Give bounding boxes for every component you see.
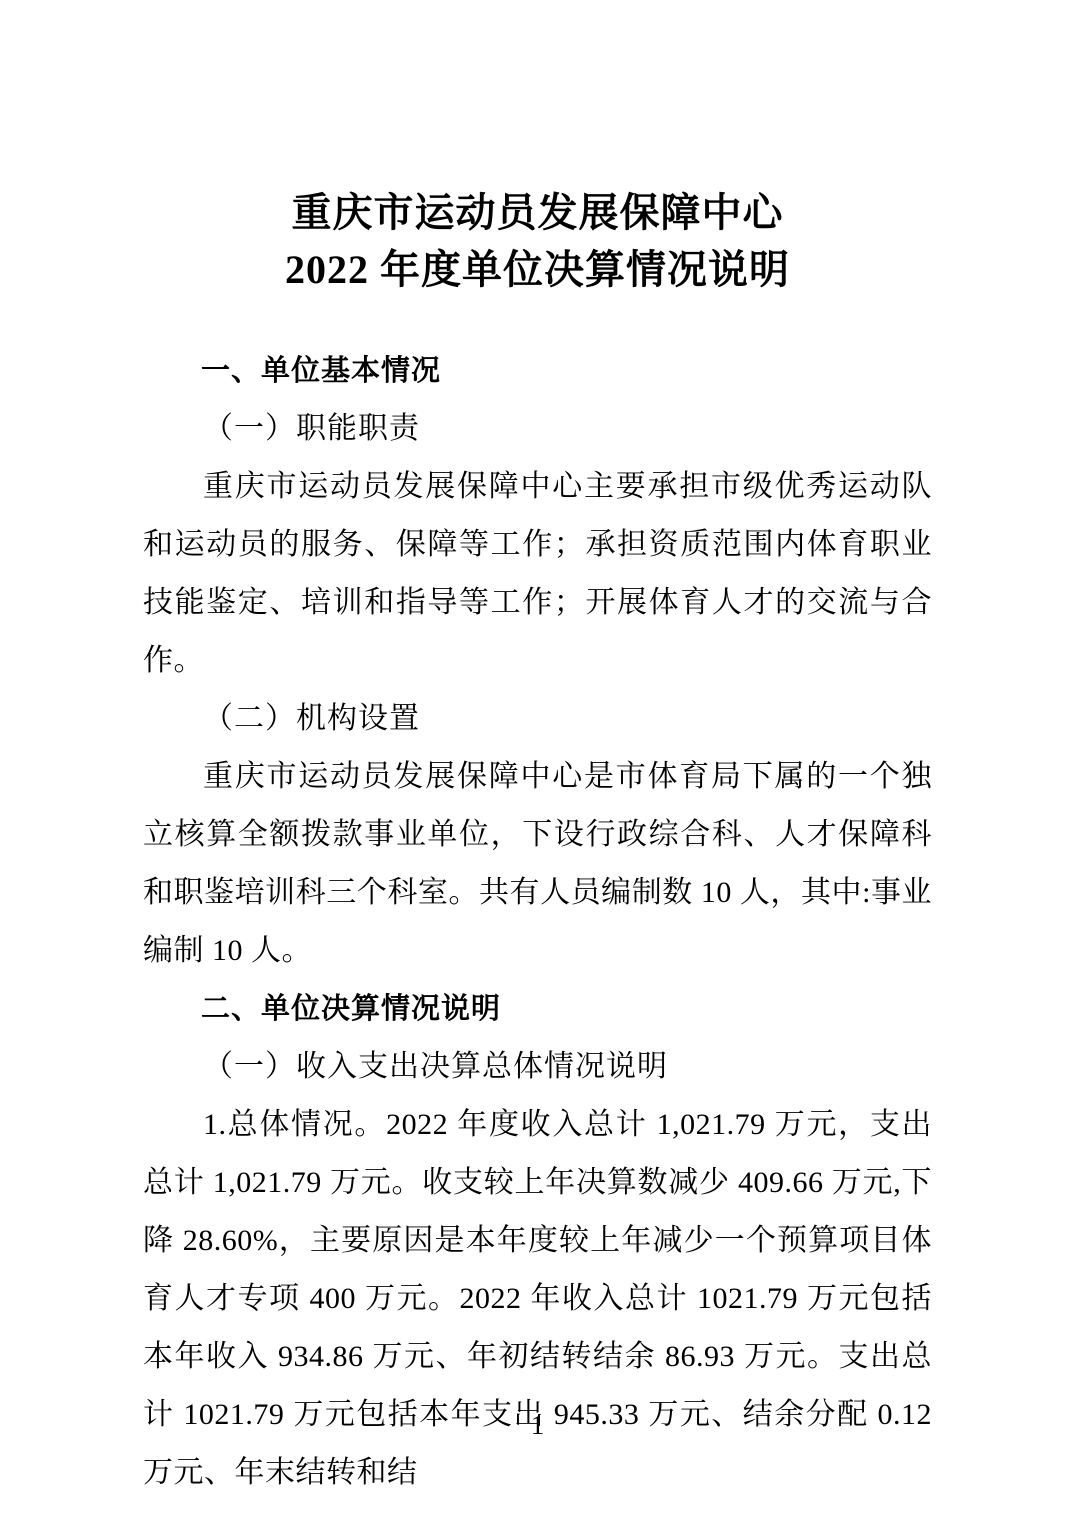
section-heading-basic-info: 一、单位基本情况	[143, 342, 932, 400]
document-title-line-2: 2022 年度单位决算情况说明	[0, 241, 1075, 298]
paragraph-functions: 重庆市运动员发展保障中心主要承担市级优秀运动队和运动员的服务、保障等工作；承担资…	[143, 458, 932, 690]
subsection-heading-income-expenditure-overview: （一）收入支出决算总体情况说明	[143, 1038, 932, 1096]
document-page: 重庆市运动员发展保障中心 2022 年度单位决算情况说明 一、单位基本情况 （一…	[0, 0, 1075, 1521]
page-number: 1	[0, 1410, 1075, 1440]
document-title: 重庆市运动员发展保障中心 2022 年度单位决算情况说明	[0, 184, 1075, 298]
section-heading-final-accounts: 二、单位决算情况说明	[143, 980, 932, 1038]
subsection-heading-organization: （二）机构设置	[143, 690, 932, 748]
paragraph-overall-situation: 1.总体情况。2022 年度收入总计 1,021.79 万元，支出总计 1,02…	[143, 1096, 932, 1502]
paragraph-organization: 重庆市运动员发展保障中心是市体育局下属的一个独立核算全额拨款事业单位，下设行政综…	[143, 748, 932, 980]
subsection-heading-functions: （一）职能职责	[143, 400, 932, 458]
document-title-line-1: 重庆市运动员发展保障中心	[0, 184, 1075, 241]
document-body: 一、单位基本情况 （一）职能职责 重庆市运动员发展保障中心主要承担市级优秀运动队…	[143, 342, 932, 1502]
